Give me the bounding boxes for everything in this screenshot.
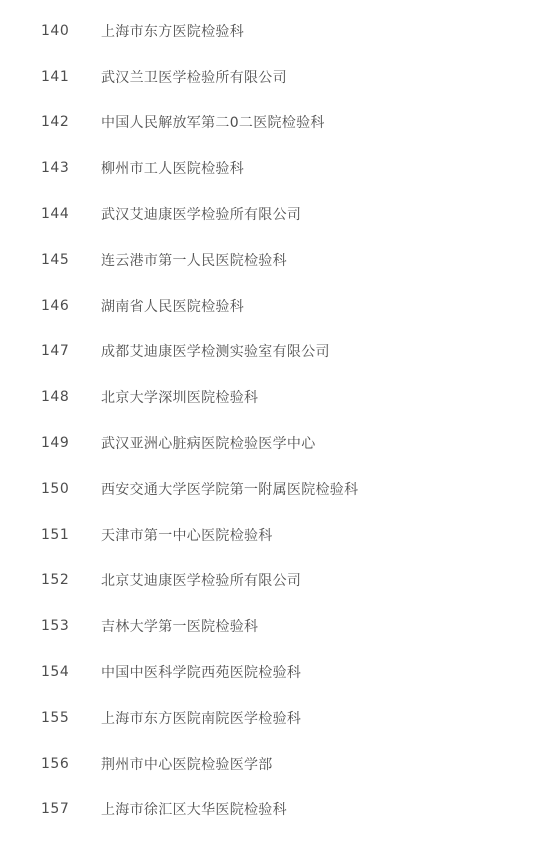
table-row: 151 天津市第一中心医院检验科 xyxy=(0,512,546,558)
lab-list: 140 上海市东方医院检验科 141 武汉兰卫医学检验所有限公司 142 中国人… xyxy=(0,0,546,832)
row-number: 149 xyxy=(41,435,101,451)
table-row: 147 成都艾迪康医学检测实验室有限公司 xyxy=(0,329,546,375)
table-row: 141 武汉兰卫医学检验所有限公司 xyxy=(0,54,546,100)
table-row: 143 柳州市工人医院检验科 xyxy=(0,145,546,191)
row-number: 155 xyxy=(41,710,101,726)
lab-name: 上海市东方医院检验科 xyxy=(101,21,244,41)
row-number: 141 xyxy=(41,69,101,85)
table-row: 142 中国人民解放军第二0二医院检验科 xyxy=(0,100,546,146)
row-number: 142 xyxy=(41,114,101,130)
row-number: 152 xyxy=(41,572,101,588)
row-number: 154 xyxy=(41,664,101,680)
table-row: 156 荆州市中心医院检验医学部 xyxy=(0,741,546,787)
row-number: 145 xyxy=(41,252,101,268)
table-row: 153 吉林大学第一医院检验科 xyxy=(0,603,546,649)
table-row: 150 西安交通大学医学院第一附属医院检验科 xyxy=(0,466,546,512)
lab-name: 中国人民解放军第二0二医院检验科 xyxy=(101,112,325,132)
table-row: 155 上海市东方医院南院医学检验科 xyxy=(0,695,546,741)
table-row: 154 中国中医科学院西苑医院检验科 xyxy=(0,649,546,695)
lab-name: 成都艾迪康医学检测实验室有限公司 xyxy=(101,341,330,361)
lab-name: 中国中医科学院西苑医院检验科 xyxy=(101,662,301,682)
row-number: 146 xyxy=(41,298,101,314)
row-number: 144 xyxy=(41,206,101,222)
lab-name: 北京艾迪康医学检验所有限公司 xyxy=(101,570,301,590)
table-row: 152 北京艾迪康医学检验所有限公司 xyxy=(0,558,546,604)
lab-name: 天津市第一中心医院检验科 xyxy=(101,525,273,545)
row-number: 157 xyxy=(41,801,101,817)
lab-name: 北京大学深圳医院检验科 xyxy=(101,387,258,407)
table-row: 149 武汉亚洲心脏病医院检验医学中心 xyxy=(0,420,546,466)
table-row: 148 北京大学深圳医院检验科 xyxy=(0,374,546,420)
table-row: 146 湖南省人民医院检验科 xyxy=(0,283,546,329)
row-number: 147 xyxy=(41,343,101,359)
row-number: 148 xyxy=(41,389,101,405)
lab-name: 吉林大学第一医院检验科 xyxy=(101,616,258,636)
row-number: 156 xyxy=(41,756,101,772)
table-row: 144 武汉艾迪康医学检验所有限公司 xyxy=(0,191,546,237)
lab-name: 上海市徐汇区大华医院检验科 xyxy=(101,799,287,819)
lab-name: 上海市东方医院南院医学检验科 xyxy=(101,708,301,728)
table-row: 157 上海市徐汇区大华医院检验科 xyxy=(0,787,546,833)
row-number: 140 xyxy=(41,23,101,39)
row-number: 151 xyxy=(41,527,101,543)
lab-name: 柳州市工人医院检验科 xyxy=(101,158,244,178)
table-row: 140 上海市东方医院检验科 xyxy=(0,8,546,54)
lab-name: 荆州市中心医院检验医学部 xyxy=(101,754,273,774)
lab-name: 武汉兰卫医学检验所有限公司 xyxy=(101,67,287,87)
lab-name: 连云港市第一人民医院检验科 xyxy=(101,250,287,270)
row-number: 150 xyxy=(41,481,101,497)
lab-name: 湖南省人民医院检验科 xyxy=(101,296,244,316)
row-number: 153 xyxy=(41,618,101,634)
lab-name: 武汉亚洲心脏病医院检验医学中心 xyxy=(101,433,316,453)
row-number: 143 xyxy=(41,160,101,176)
table-row: 145 连云港市第一人民医院检验科 xyxy=(0,237,546,283)
lab-name: 武汉艾迪康医学检验所有限公司 xyxy=(101,204,301,224)
lab-name: 西安交通大学医学院第一附属医院检验科 xyxy=(101,479,358,499)
